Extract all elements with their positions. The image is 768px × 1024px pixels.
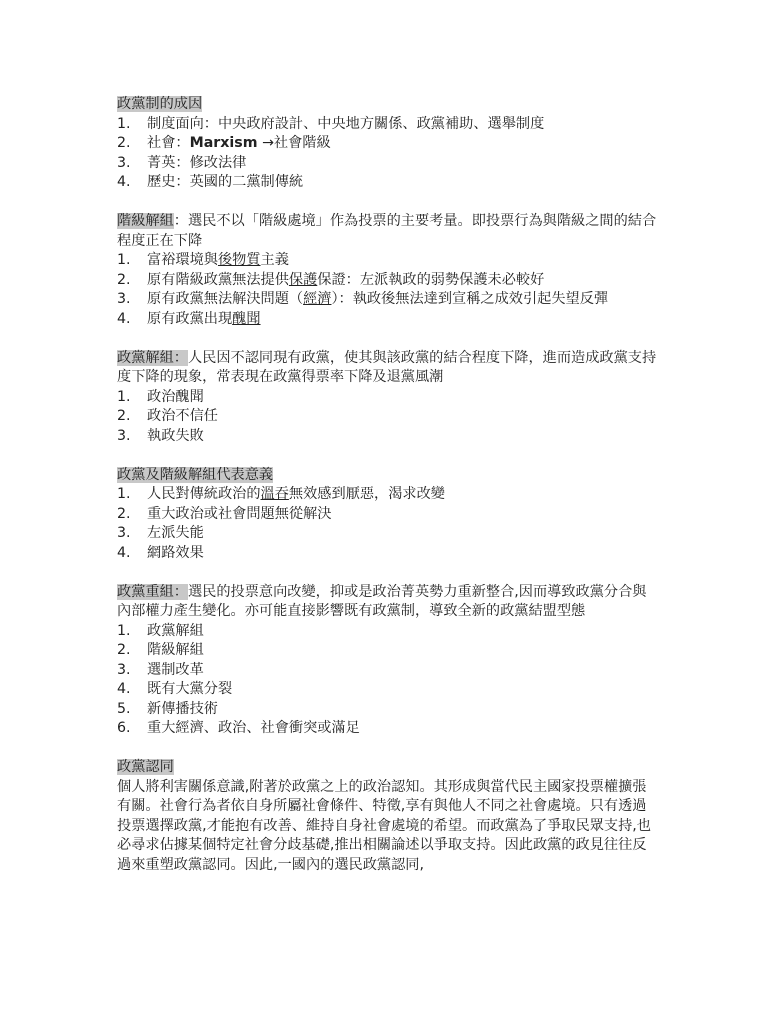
list-item: 4.原有政黨出現醜聞 [117,310,657,330]
section-heading: 政黨制的成因 [117,96,202,112]
list-item: 2.階級解組 [117,641,657,661]
section-heading: 政黨認同 [117,759,174,775]
section-heading: 政黨重組： [117,584,188,600]
list-item: 2.社會：Marxism →社會階級 [117,134,657,154]
section-heading: 階級解組 [117,213,174,229]
section-intro: 人民因不認同現有政黨，使其與該政黨的結合程度下降，進而造成政黨支持度下降的現象，… [117,350,656,386]
list-item: 3.選制改革 [117,661,657,681]
section-party-system-causes: 政黨制的成因 1.制度面向：中央政府設計、中央地方關係、政黨補助、選舉制度 2.… [117,95,657,193]
section-heading: 政黨解組： [117,350,188,366]
marxism-term: Marxism [190,135,258,151]
section-party-realignment: 政黨重組：選民的投票意向改變，抑或是政治菁英勢力重新整合,因而導致政黨分合與內部… [117,583,657,739]
list-item: 4.網路效果 [117,544,657,564]
document-page: 政黨制的成因 1.制度面向：中央政府設計、中央地方關係、政黨補助、選舉制度 2.… [117,95,657,895]
list-item: 4.歷史：英國的二黨制傳統 [117,173,657,193]
section-body: 個人將利害關係意識,附著於政黨之上的政治認知。其形成與當代民主國家投票權擴張有關… [117,778,657,876]
section-heading: 政黨及階級解組代表意義 [117,467,273,483]
list-item: 3.執政失敗 [117,427,657,447]
list-item: 1.富裕環境與後物質主義 [117,251,657,271]
list-item: 5.新傳播技術 [117,700,657,720]
list-item: 3.左派失能 [117,524,657,544]
list-item: 1.人民對傳統政治的溫吞無效感到厭惡，渴求改變 [117,485,657,505]
section-intro: 選民的投票意向改變，抑或是政治菁英勢力重新整合,因而導致政黨分合與內部權力產生變… [117,584,646,620]
list-item: 2.政治不信任 [117,407,657,427]
section-party-dealignment: 政黨解組：人民因不認同現有政黨，使其與該政黨的結合程度下降，進而造成政黨支持度下… [117,349,657,447]
list-item: 3.菁英：修改法律 [117,154,657,174]
list-item: 3.原有政黨無法解決問題（經濟）：執政後無法達到宣稱之成效引起失望反彈 [117,290,657,310]
list-item: 1.制度面向：中央政府設計、中央地方關係、政黨補助、選舉制度 [117,115,657,135]
list-item: 2.原有階級政黨無法提供保護保證：左派執政的弱勢保護未必較好 [117,271,657,291]
list-item: 1.政黨解組 [117,622,657,642]
list-item: 1.政治醜聞 [117,388,657,408]
list-item: 2.重大政治或社會問題無從解決 [117,505,657,525]
list-item: 6.重大經濟、政治、社會衝突或滿足 [117,719,657,739]
section-dealignment-meaning: 政黨及階級解組代表意義 1.人民對傳統政治的溫吞無效感到厭惡，渴求改變 2.重大… [117,466,657,564]
section-class-dealignment: 階級解組：選民不以「階級處境」作為投票的主要考量。即投票行為與階級之間的結合程度… [117,212,657,329]
section-intro: ：選民不以「階級處境」作為投票的主要考量。即投票行為與階級之間的結合程度正在下降 [117,213,656,249]
section-party-identification: 政黨認同 個人將利害關係意識,附著於政黨之上的政治認知。其形成與當代民主國家投票… [117,758,657,875]
list-item: 4.既有大黨分裂 [117,680,657,700]
